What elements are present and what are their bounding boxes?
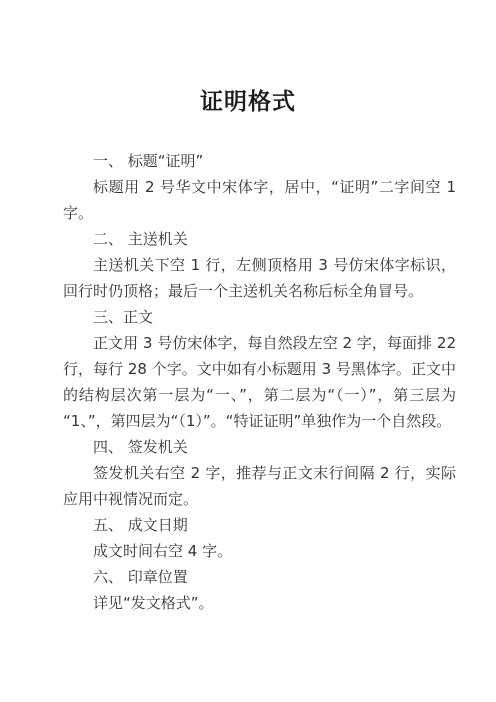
body-paragraph: 正文用 3 号仿宋体字，每自然段左空 2 字，每面排 22 行，每行 28 个字… (63, 330, 456, 434)
section-heading: 五、 成文日期 (63, 512, 456, 538)
section-heading: 二、 主送机关 (63, 226, 456, 252)
section-heading: 六、 印章位置 (63, 564, 456, 590)
body-paragraph: 成文时间右空 4 字。 (63, 538, 456, 564)
section-heading: 一、 标题“证明” (63, 148, 456, 174)
document-title: 证明格式 (0, 85, 496, 119)
section-heading: 四、 签发机关 (63, 434, 456, 460)
body-paragraph: 签发机关右空 2 字，推荐与正文末行间隔 2 行，实际应用中视情况而定。 (63, 460, 456, 512)
document-body: 一、 标题“证明”标题用 2 号华文中宋体字，居中，“证明”二字间空 1 字。二… (0, 148, 496, 616)
body-paragraph: 详见“发文格式”。 (63, 590, 456, 616)
section-heading: 三、正文 (63, 304, 456, 330)
body-paragraph: 主送机关下空 1 行，左侧顶格用 3 号仿宋体字标识，回行时仍顶格；最后一个主送… (63, 252, 456, 304)
document-page: 证明格式 一、 标题“证明”标题用 2 号华文中宋体字，居中，“证明”二字间空 … (0, 0, 496, 702)
body-paragraph: 标题用 2 号华文中宋体字，居中，“证明”二字间空 1 字。 (63, 174, 456, 226)
